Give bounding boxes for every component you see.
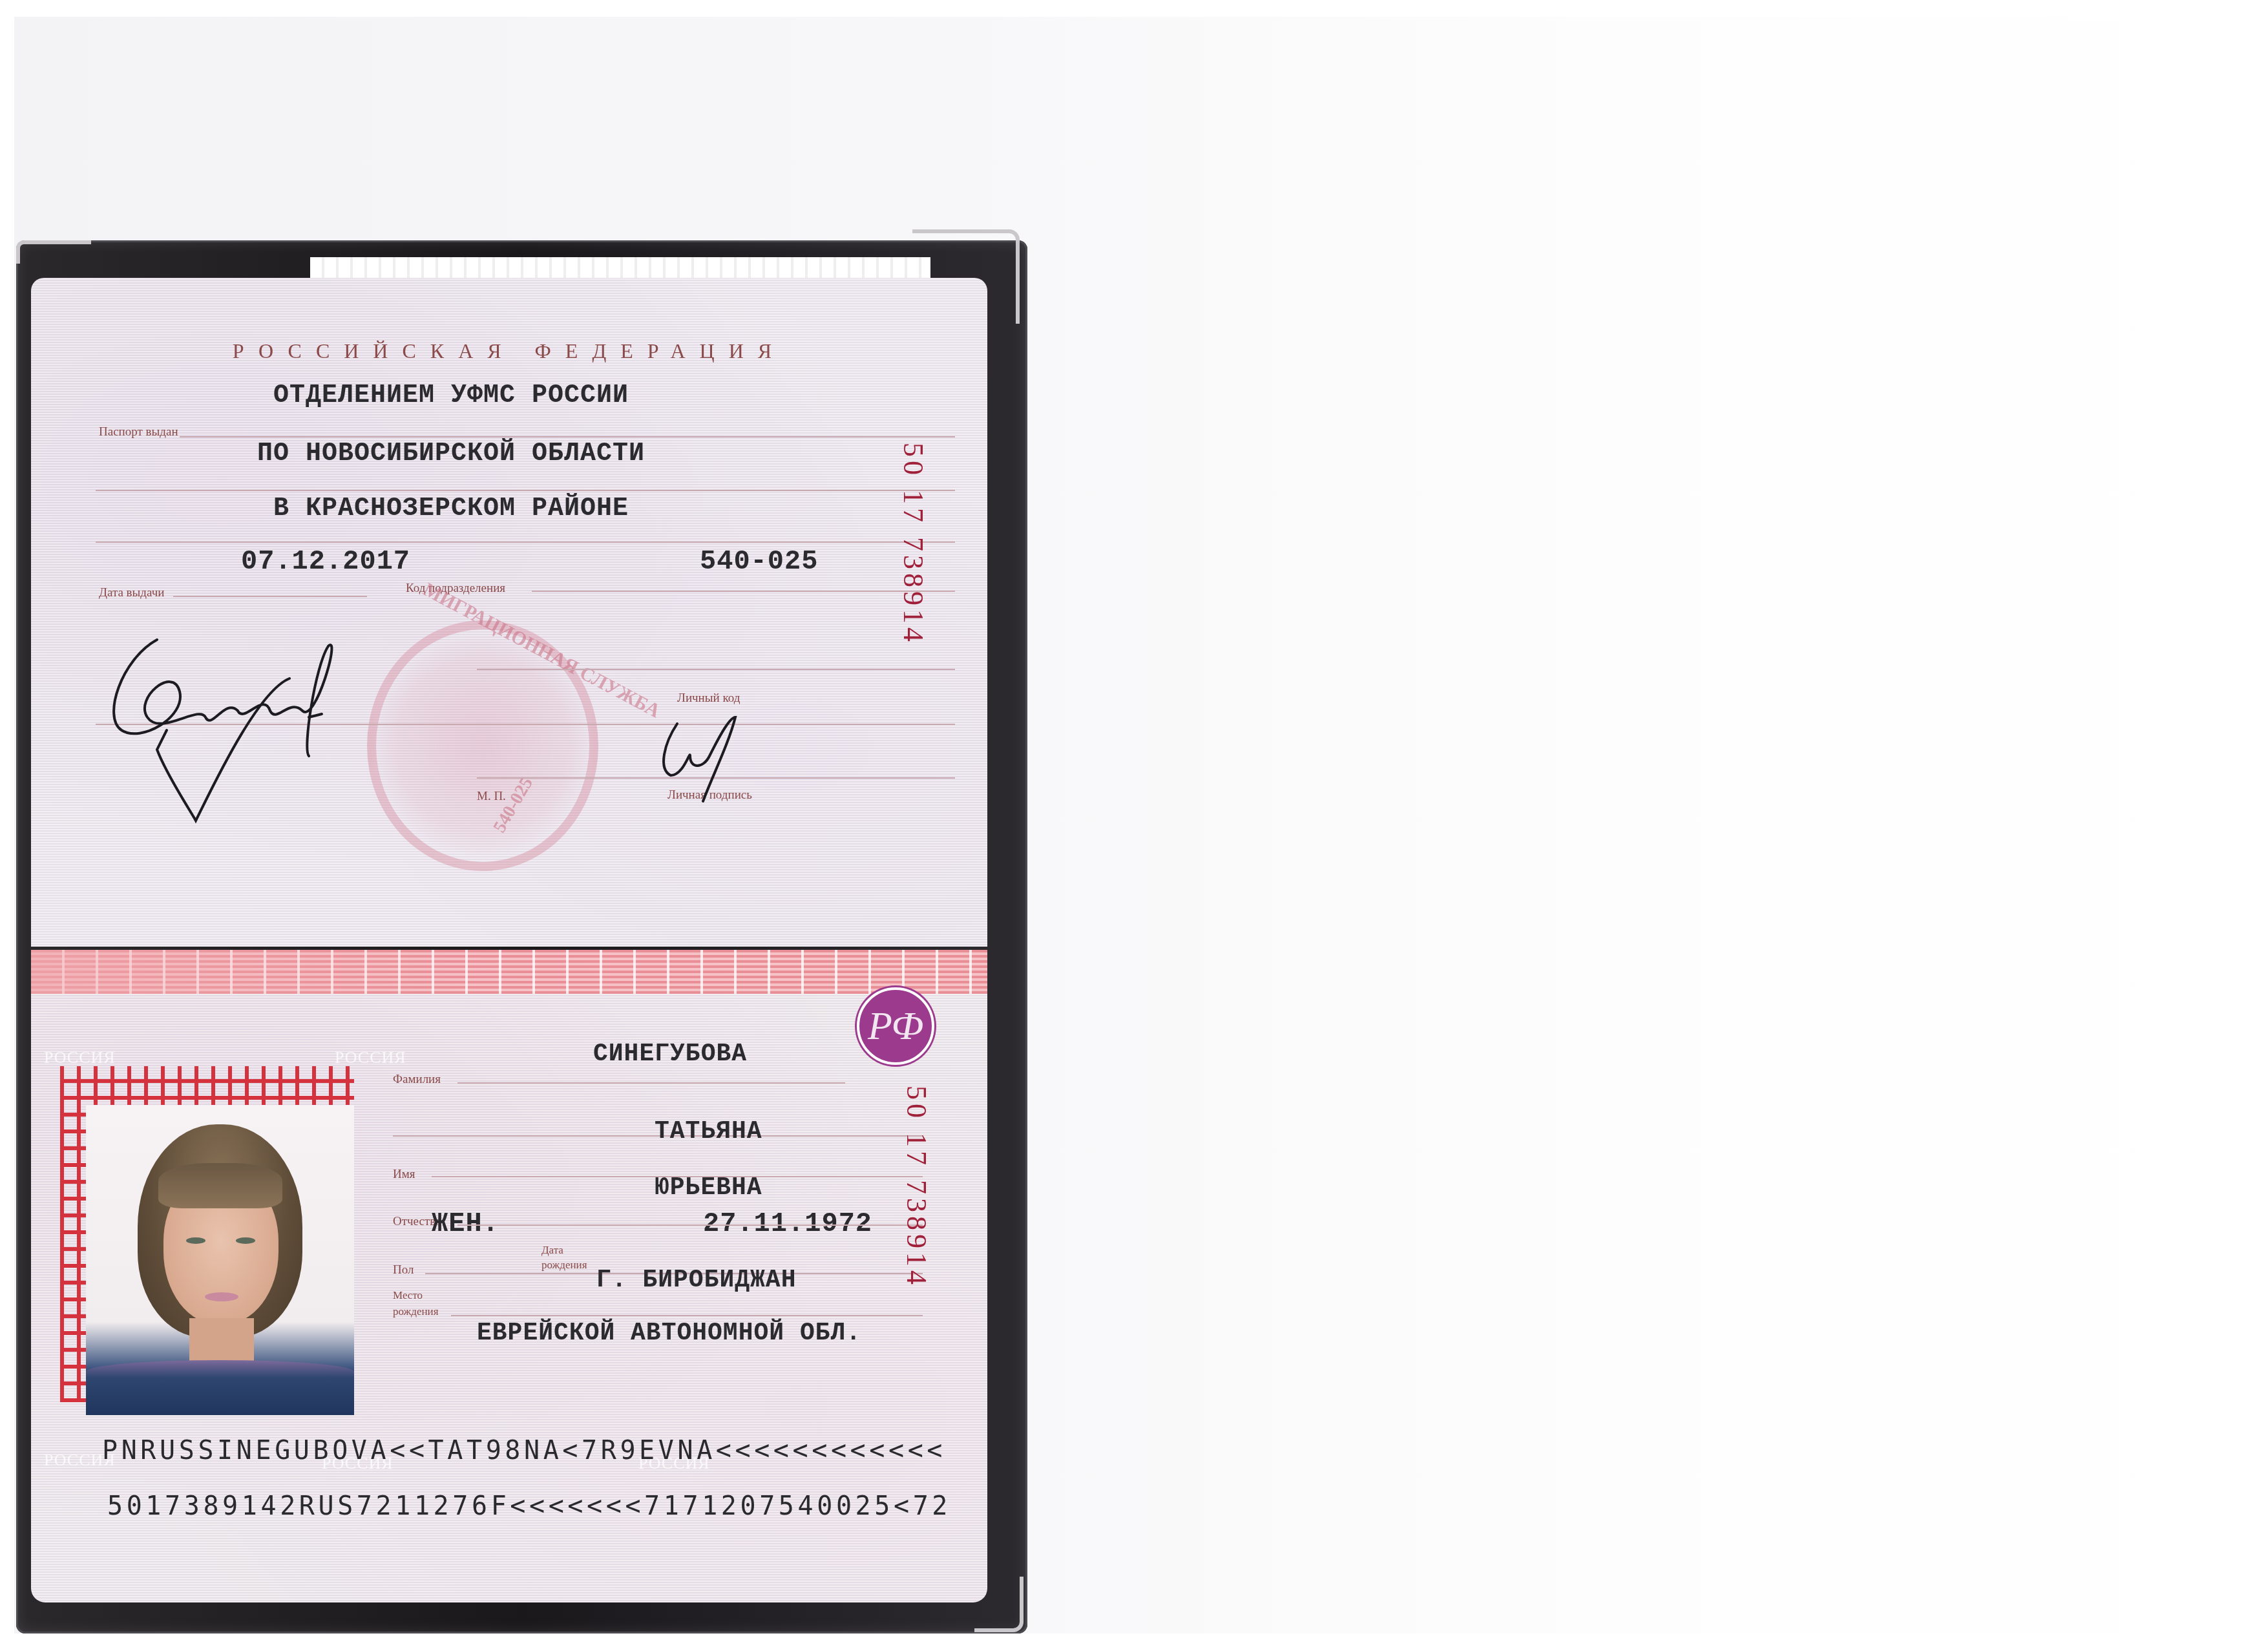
issue-page: РОССИЙСКАЯ ФЕДЕРАЦИЯ ОТДЕЛЕНИЕМ УФМС РОС… [31,278,987,947]
rule-line [173,596,367,597]
birth-date-label-1: Дата [541,1244,563,1257]
birth-date-label-2: рождения [541,1259,587,1272]
rule-line [96,490,955,491]
birth-place-line-2: ЕВРЕЙСКОЙ АВТОНОМНОЙ ОБЛ. [477,1319,861,1347]
photo-clothing [86,1360,354,1415]
patronymic: ЮРЬЕВНА [655,1174,762,1202]
rule-line [532,591,955,592]
photo-eye [236,1237,255,1244]
issue-date-label: Дата выдачи [99,586,164,600]
rule-line [477,669,955,670]
rule-line [457,1082,845,1084]
photo-fringe [158,1163,282,1208]
photo-eye [186,1237,205,1244]
guilloche-band-fade [31,950,483,994]
serial-number-bottom: 50 17 738914 [900,1086,933,1288]
personal-code-label: Личный код [677,691,740,706]
paper-slip [310,257,930,280]
division-code: 540-025 [700,546,818,577]
issued-by-label: Паспорт выдан [99,425,178,439]
surname: СИНЕГУБОВА [593,1040,747,1068]
sex: ЖЕН. [432,1208,499,1239]
watermark: РОССИЯ [335,1048,406,1067]
rule-line [451,1315,923,1316]
issue-date: 07.12.2017 [241,546,410,577]
personal-data-page: РОССИЯ РОССИЯ РОССИЯ РОССИЯ РОССИЯ РФ СИ… [31,950,987,1602]
header-title: РОССИЙСКАЯ ФЕДЕРАЦИЯ [31,339,987,363]
birth-place-label-2: рождения [393,1305,439,1318]
watermark: РОССИЯ [44,1048,116,1067]
issued-by-line-2: ПО НОВОСИБИРСКОЙ ОБЛАСТИ [31,439,871,468]
cover-corner-top-left [16,240,91,264]
given-name-label: Имя [393,1168,415,1182]
holder-photo [86,1105,354,1415]
rule-line [457,1224,923,1226]
official-signature [96,620,419,834]
seal-label: М. П. [477,790,506,804]
rf-emblem-icon: РФ [857,987,934,1065]
given-name: ТАТЬЯНА [655,1118,762,1146]
rule-line [180,436,955,437]
surname-label: Фамилия [393,1073,441,1087]
serial-number-top: 50 17 738914 [897,443,930,646]
photo-lips [205,1292,238,1301]
birth-date: 27.11.1972 [703,1208,872,1239]
holder-signature [651,704,761,808]
issued-by-line-3: В КРАСНОЗЕРСКОМ РАЙОНЕ [31,494,871,523]
rule-line [96,541,955,543]
scan-margin-bottom [0,1633,2268,1649]
mrz-line-2: 5017389142RUS7211276F<<<<<<<717120754002… [107,1491,951,1521]
scan-margin-top [0,0,2268,17]
issued-by-line-1: ОТДЕЛЕНИЕМ УФМС РОССИИ [31,381,871,410]
sex-label: Пол [393,1263,414,1277]
birth-place-label-1: Место [393,1289,423,1302]
birth-place-line-1: Г. БИРОБИДЖАН [596,1266,796,1294]
scan-margin-left [0,0,14,1649]
mrz-line-1: PNRUSSINEGUBOVA<<TAT98NA<7R9EVNA<<<<<<<<… [102,1436,946,1465]
